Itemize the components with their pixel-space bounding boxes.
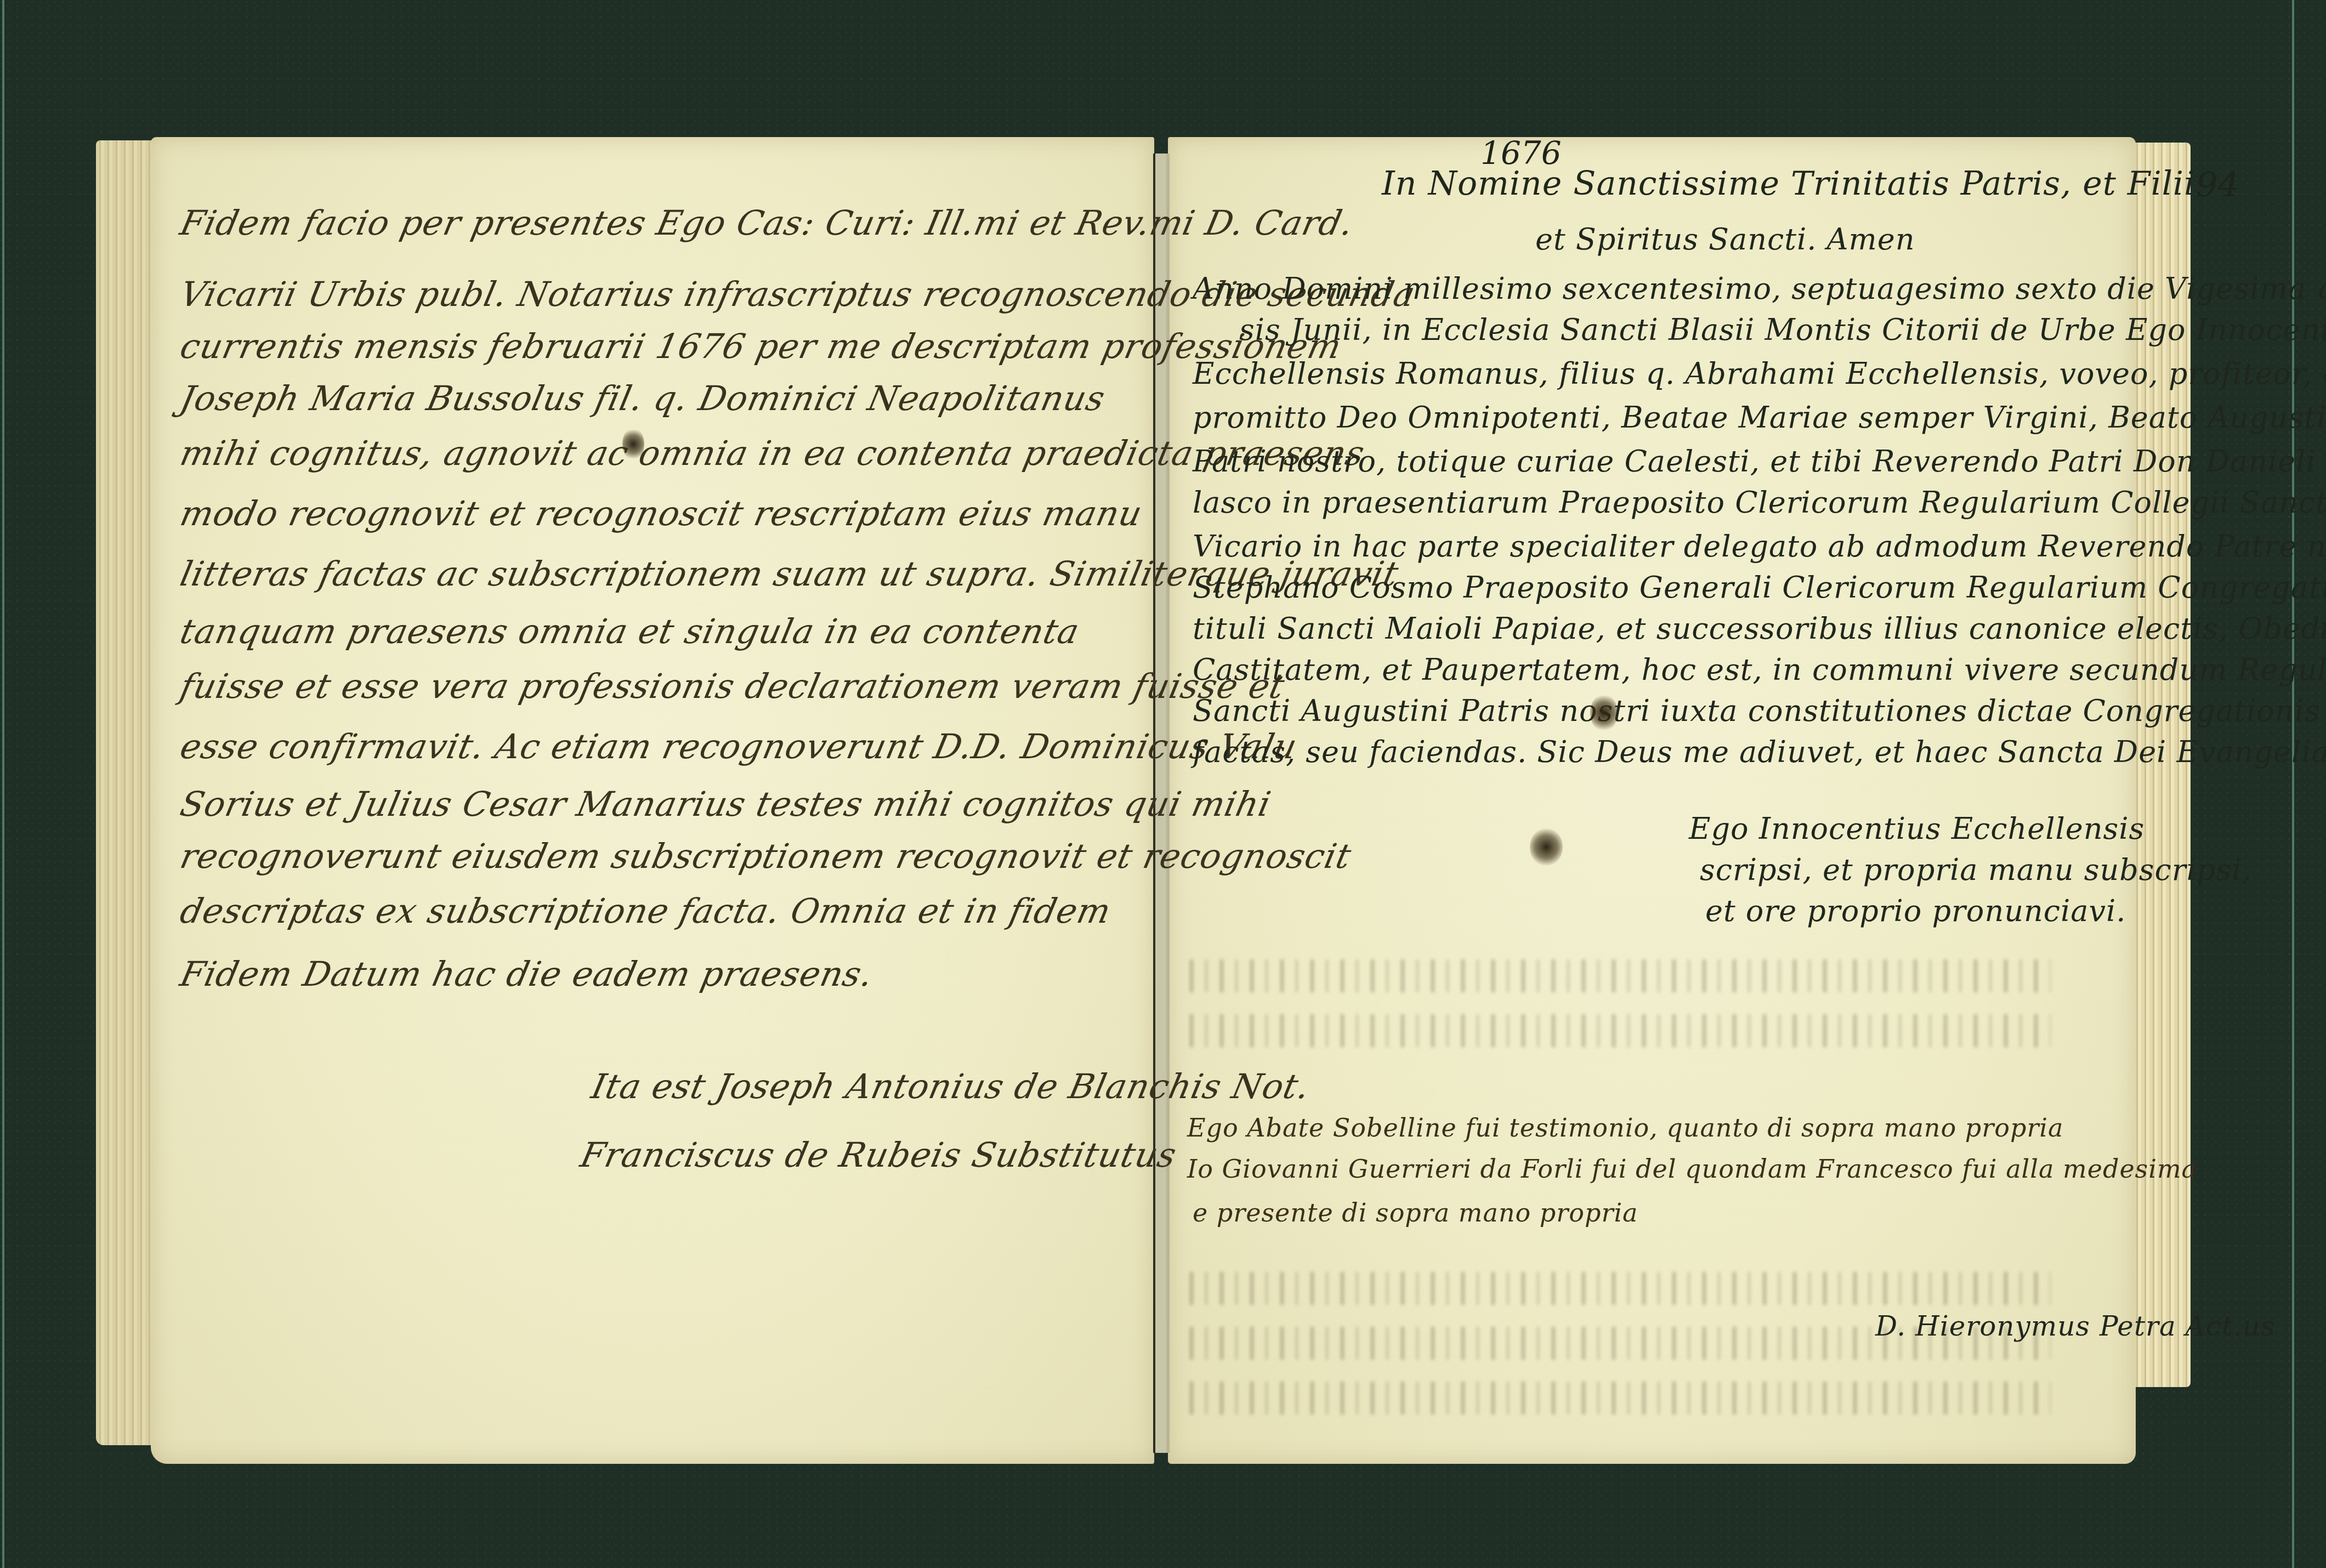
invocation-line-1: In Nomine Sanctissime Trinitatis Patris,… xyxy=(1382,164,2195,203)
ink-bleed-through xyxy=(1190,1272,2051,1305)
left-line-8: tanquam praesens omnia et singula in ea … xyxy=(177,611,1083,651)
frame-edge-right xyxy=(2292,0,2294,1568)
frame-edge-left xyxy=(2,0,4,1568)
left-line-3: currentis mensis februarii 1676 per me d… xyxy=(177,326,1345,366)
invocation-line-2: et Spiritus Sancti. Amen xyxy=(1535,222,1915,257)
left-line-11: Sorius et Julius Cesar Manarius testes m… xyxy=(177,784,1274,824)
right-line-12: factas, seu faciendas. Sic Deus me adiuv… xyxy=(1193,735,2326,769)
right-line-3: Ecchellensis Romanus, filius q. Abrahami… xyxy=(1193,356,2326,391)
witness-line-1: Ego Abate Sobelline fui testimonio, quan… xyxy=(1187,1113,2064,1143)
right-line-10: Castitatem, et Paupertatem, hoc est, in … xyxy=(1193,652,2326,687)
ink-stain xyxy=(1590,694,1618,732)
left-line-9: fuisse et esse vera professionis declara… xyxy=(177,666,1289,706)
ink-bleed-through xyxy=(1190,1014,2051,1047)
subscription-line-2: scripsi, et propria manu subscripsi, xyxy=(1700,853,2252,887)
left-line-10: esse confirmavit. Ac etiam recognoverunt… xyxy=(177,726,1301,766)
left-line-13: descriptas ex subscriptione facta. Omnia… xyxy=(177,891,1115,931)
right-line-9: tituli Sancti Maioli Papiae, et successo… xyxy=(1193,611,2326,646)
witness-line-2: Io Giovanni Guerrieri da Forli fui del q… xyxy=(1187,1154,2197,1184)
right-line-2: sis Junii, in Ecclesia Sancti Blasii Mon… xyxy=(1239,313,2326,347)
left-line-4: Joseph Maria Bussolus fil. q. Dominici N… xyxy=(177,378,1109,418)
witness-line-3: e presente di sopra mano propria xyxy=(1193,1198,1638,1228)
ink-stain xyxy=(1530,828,1563,866)
right-line-11: Sancti Augustini Patris nostri iuxta con… xyxy=(1193,694,2326,728)
left-signature-substitute: Franciscus de Rubeis Substitutus xyxy=(577,1135,1180,1175)
ink-stain xyxy=(622,428,644,461)
right-line-5: Patri nostro, totique curiae Caelesti, e… xyxy=(1193,444,2326,479)
right-line-1: Anno Domini millesimo sexcentesimo, sept… xyxy=(1193,271,2326,306)
closing-signature: D. Hieronymus Petra Act.us xyxy=(1875,1310,2276,1342)
subscription-line-1: Ego Innocentius Ecchellensis xyxy=(1689,811,2145,846)
left-line-6: modo recognovit et recognoscit rescripta… xyxy=(177,493,1146,533)
right-line-7: Vicario in hac parte specialiter delegat… xyxy=(1193,529,2326,564)
right-line-6: lasco in praesentiarum Praeposito Cleric… xyxy=(1193,485,2326,520)
left-line-1: Fidem facio per presentes Ego Cas: Curi:… xyxy=(177,203,1357,243)
subscription-line-3: et ore proprio pronunciavi. xyxy=(1705,894,2126,928)
left-line-5: mihi cognitus, agnovit ac omnia in ea co… xyxy=(177,433,1369,473)
left-line-14: Fidem Datum hac die eadem praesens. xyxy=(177,954,877,994)
right-line-4: promitto Deo Omnipotenti, Beatae Mariae … xyxy=(1193,400,2326,435)
folio-number: 94 xyxy=(2196,164,2239,204)
ink-bleed-through xyxy=(1190,1382,2051,1414)
ink-bleed-through xyxy=(1190,959,2051,992)
left-line-12: recognoverunt eiusdem subscriptionem rec… xyxy=(177,836,1355,876)
left-signature-notary: Ita est Joseph Antonius de Blanchis Not. xyxy=(588,1066,1314,1106)
right-line-8: Stephano Cosmo Praeposito Generali Cleri… xyxy=(1193,570,2326,605)
